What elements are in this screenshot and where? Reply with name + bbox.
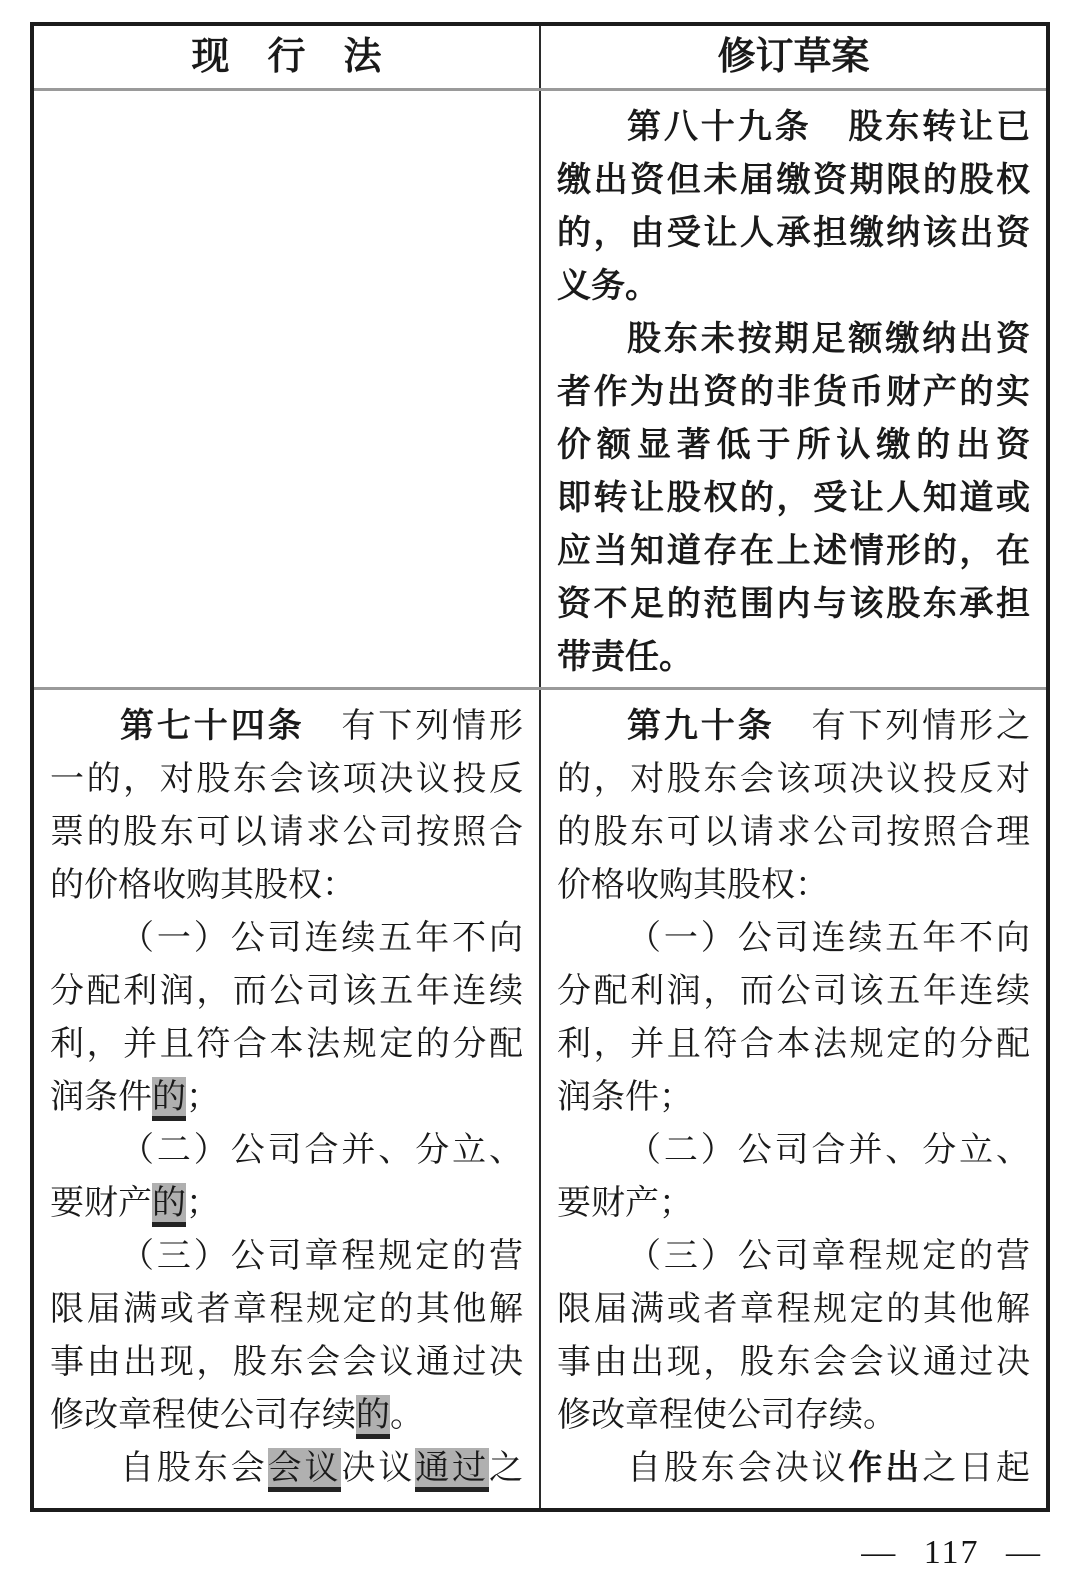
emphasized-text: 义务。 — [557, 268, 659, 305]
text-line: 义务。 — [557, 260, 1030, 313]
text-segment: 的股东可以请求公司按照合理的 — [557, 814, 1030, 859]
text-line: 者作为出资的非货币财产的实际 — [557, 366, 1030, 419]
text-segment: （一）公司连续五年不向股东 — [557, 920, 1030, 965]
text-line: （一）公司连续五年不向股东 — [557, 912, 1030, 965]
text-segment: （二）公司合并、分立、转让主 — [557, 1132, 1030, 1177]
text-segment: 价格收购其股权： — [557, 867, 829, 904]
text-segment: 修改章程使公司存续。 — [557, 1397, 897, 1434]
text-segment: 票的股东可以请求公司按照合理 — [50, 814, 523, 859]
text-line: （三）公司章程规定的营业期 — [557, 1230, 1030, 1283]
emphasized-text: 的，由受让人承担缴纳该出资的 — [557, 215, 1030, 260]
text-line: 缴出资但未届缴资期限的股权 — [557, 154, 1030, 207]
emphasized-text: 者作为出资的非货币财产的实际 — [557, 374, 1030, 419]
text-line: 第八十九条 股东转让已认 — [557, 101, 1030, 154]
text-segment: （二）公司合并、分立、转让主 — [50, 1132, 523, 1177]
text-line: 的股东可以请求公司按照合理的 — [557, 806, 1030, 859]
text-line: （一）公司连续五年不向股东 — [50, 912, 523, 965]
text-line: 修改章程使公司存续的。 — [50, 1389, 523, 1442]
text-segment: （三）公司章程规定的营业期 — [50, 1238, 523, 1283]
deleted-text: 的 — [356, 1395, 390, 1439]
text-segment: （三）公司章程规定的营业期 — [557, 1238, 1030, 1283]
text-line: 的，对股东会该项决议投反对票 — [557, 753, 1030, 806]
text-segment: 利，并且符合本法规定的分配利 — [50, 1026, 523, 1071]
text-segment: 一的，对股东会该项决议投反对 — [50, 761, 523, 806]
text-segment: 限届满或者章程规定的其他解散 — [557, 1291, 1030, 1336]
deleted-text: 的 — [152, 1077, 186, 1121]
text-line: （三）公司章程规定的营业期 — [50, 1230, 523, 1283]
text-segment: 要财产； — [557, 1185, 693, 1222]
header-current-law: 现 行 法 — [34, 26, 541, 88]
text-line: 第七十四条 有下列情形之 — [50, 700, 523, 753]
text-segment: ； — [186, 1079, 220, 1116]
emphasized-text: 即转让股权的，受让人知道或者 — [557, 480, 1030, 525]
emphasized-text: 缴出资但未届缴资期限的股权 — [557, 162, 1030, 199]
text-segment: 限届满或者章程规定的其他解散 — [50, 1291, 523, 1336]
text-line: 利，并且符合本法规定的分配利 — [557, 1018, 1030, 1071]
table-body: 第八十九条 股东转让已认缴出资但未届缴资期限的股权的，由受让人承担缴纳该出资的义… — [34, 91, 1046, 1508]
emphasized-text: 股东未按期足额缴纳出资或 — [557, 321, 1030, 366]
text-line: 资不足的范围内与该股东承担连 — [557, 578, 1030, 631]
text-line: 限届满或者章程规定的其他解散 — [50, 1283, 523, 1336]
text-line: 即转让股权的，受让人知道或者 — [557, 472, 1030, 525]
text-line: 一的，对股东会该项决议投反对 — [50, 753, 523, 806]
text-line: 利，并且符合本法规定的分配利 — [50, 1018, 523, 1071]
emphasized-text: 应当知道存在上述情形的，在出 — [557, 533, 1030, 578]
text-line: 事由出现，股东会会议通过决议 — [557, 1336, 1030, 1389]
text-segment: ； — [186, 1185, 220, 1222]
text-segment: 自股东会 — [120, 1450, 268, 1487]
text-segment: 要财产 — [50, 1185, 152, 1222]
emphasized-text: 第八十九条 股东转让已认 — [557, 109, 1030, 154]
text-segment: 。 — [390, 1397, 424, 1434]
table-row-2: 第七十四条 有下列情形之一的，对股东会该项决议投反对票的股东可以请求公司按照合理… — [34, 687, 1046, 1508]
text-segment: 事由出现，股东会会议通过决议 — [557, 1344, 1030, 1389]
text-line: 分配利润，而公司该五年连续盈 — [50, 965, 523, 1018]
text-line: 要财产的； — [50, 1177, 523, 1230]
comparison-table: 现 行 法 修订草案 第八十九条 股东转让已认缴出资但未届缴资期限的股权的，由受… — [30, 22, 1050, 1512]
text-segment: 润条件； — [557, 1079, 693, 1116]
text-segment: 分配利润，而公司该五年连续盈 — [50, 973, 523, 1018]
cell-current-law: 第七十四条 有下列情形之一的，对股东会该项决议投反对票的股东可以请求公司按照合理… — [34, 690, 541, 1508]
text-segment: 利，并且符合本法规定的分配利 — [557, 1026, 1030, 1071]
text-line: 润条件的； — [50, 1071, 523, 1124]
text-segment: 分配利润，而公司该五年连续盈 — [557, 973, 1030, 1018]
emphasized-text: 第九十条 — [627, 708, 775, 745]
emphasized-text: 价额显著低于所认缴的出资额， — [557, 427, 1030, 472]
table-row-1: 第八十九条 股东转让已认缴出资但未届缴资期限的股权的，由受让人承担缴纳该出资的义… — [34, 91, 1046, 687]
text-line: 分配利润，而公司该五年连续盈 — [557, 965, 1030, 1018]
table-header-row: 现 行 法 修订草案 — [34, 26, 1046, 91]
text-line: （二）公司合并、分立、转让主 — [50, 1124, 523, 1177]
emphasized-text: 作出 — [848, 1450, 922, 1487]
page-number: — 117 — — [861, 1534, 1042, 1572]
text-line: 事由出现，股东会会议通过决议 — [50, 1336, 523, 1389]
text-segment: 的，对股东会该项决议投反对票 — [557, 761, 1030, 806]
text-segment: 的价格收购其股权： — [50, 867, 356, 904]
text-segment: 决议 — [341, 1450, 415, 1487]
text-line: 带责任。 — [557, 631, 1030, 684]
text-segment: 自股东会决议 — [627, 1450, 848, 1487]
cell-revised-draft: 第八十九条 股东转让已认缴出资但未届缴资期限的股权的，由受让人承担缴纳该出资的义… — [541, 91, 1046, 687]
text-line: 价额显著低于所认缴的出资额， — [557, 419, 1030, 472]
text-line: 价格收购其股权： — [557, 859, 1030, 912]
text-line: （二）公司合并、分立、转让主 — [557, 1124, 1030, 1177]
text-line: 要财产； — [557, 1177, 1030, 1230]
text-line: 应当知道存在上述情形的，在出 — [557, 525, 1030, 578]
emphasized-text: 第七十四条 — [120, 708, 305, 745]
header-revised-draft: 修订草案 — [541, 26, 1046, 88]
deleted-text: 通过 — [415, 1448, 489, 1492]
deleted-text: 会议 — [268, 1448, 342, 1492]
text-segment: 事由出现，股东会会议通过决议 — [50, 1344, 523, 1389]
text-line: 修改章程使公司存续。 — [557, 1389, 1030, 1442]
text-line: 票的股东可以请求公司按照合理 — [50, 806, 523, 859]
emphasized-text: 带责任。 — [557, 639, 693, 676]
text-line: 的，由受让人承担缴纳该出资的 — [557, 207, 1030, 260]
deleted-text: 的 — [152, 1183, 186, 1227]
emphasized-text: 资不足的范围内与该股东承担连 — [557, 586, 1030, 631]
text-line: 润条件； — [557, 1071, 1030, 1124]
text-line: 自股东会决议作出之日起六 — [557, 1442, 1030, 1495]
text-segment: （一）公司连续五年不向股东 — [50, 920, 523, 965]
text-line: 自股东会会议决议通过之日 — [50, 1442, 523, 1495]
text-line: 限届满或者章程规定的其他解散 — [557, 1283, 1030, 1336]
text-line: 第九十条 有下列情形之一 — [557, 700, 1030, 753]
text-segment: 修改章程使公司存续 — [50, 1397, 356, 1434]
text-segment: 润条件 — [50, 1079, 152, 1116]
cell-revised-draft: 第九十条 有下列情形之一的，对股东会该项决议投反对票的股东可以请求公司按照合理的… — [541, 690, 1046, 1508]
text-line: 的价格收购其股权： — [50, 859, 523, 912]
text-line: 股东未按期足额缴纳出资或 — [557, 313, 1030, 366]
cell-current-law — [34, 91, 541, 687]
